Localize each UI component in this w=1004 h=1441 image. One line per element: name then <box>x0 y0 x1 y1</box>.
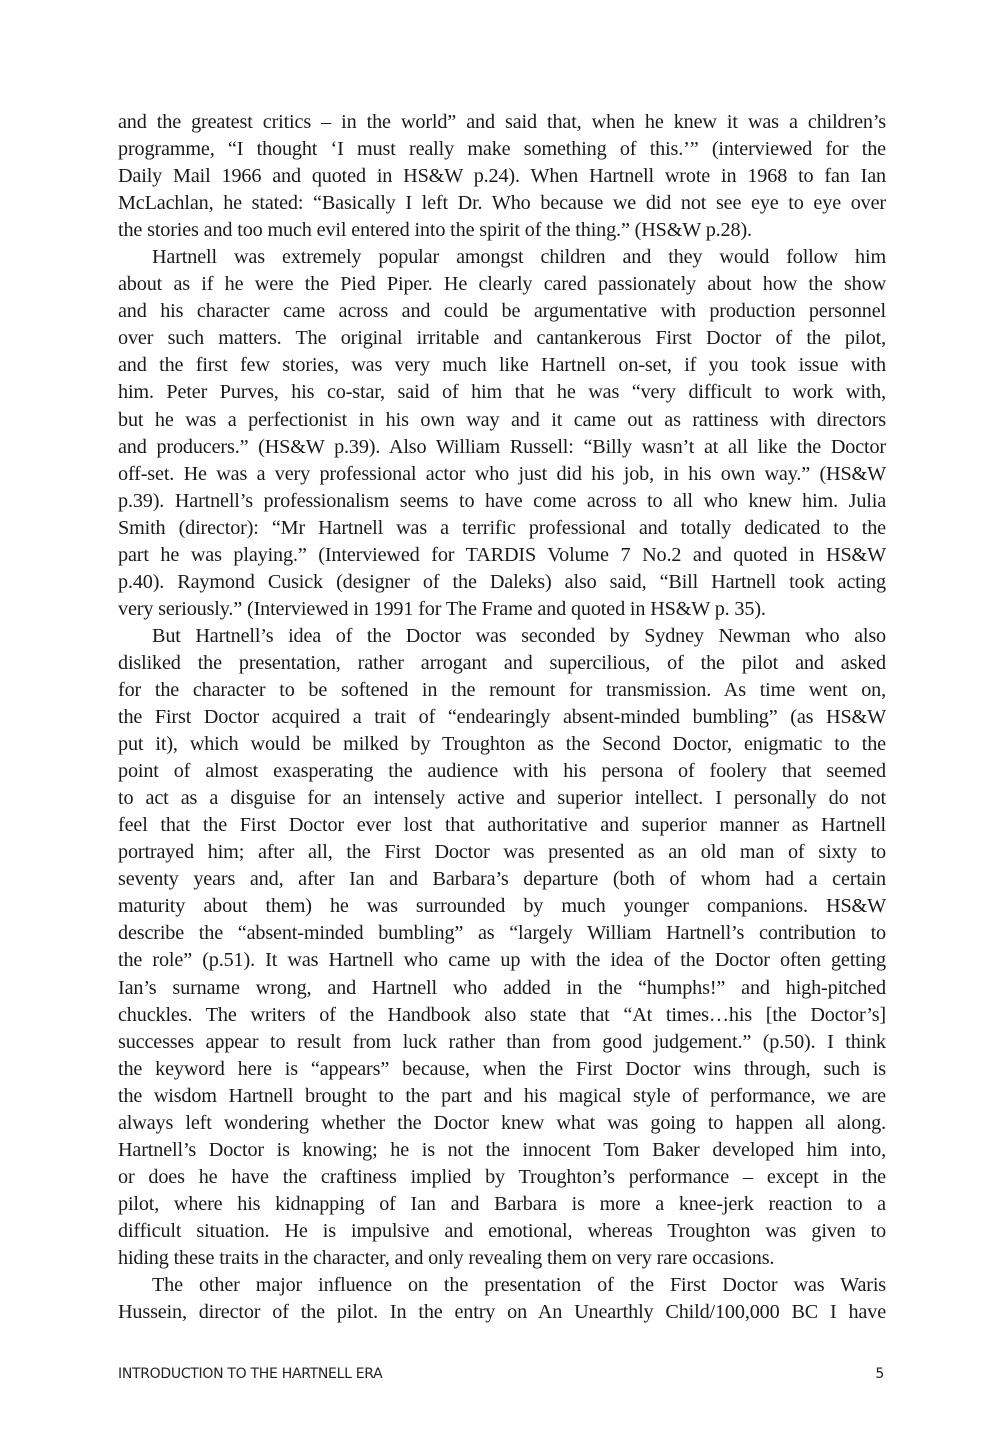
text-line: the role” (p.51). It was Hartnell who ca… <box>118 947 886 974</box>
text-line: off-set. He was a very professional acto… <box>118 461 886 488</box>
text-line: or does he have the craftiness implied b… <box>118 1164 886 1191</box>
text-line: seventy years and, after Ian and Barbara… <box>118 866 886 893</box>
text-line: about as if he were the Pied Piper. He c… <box>118 271 886 298</box>
page-number: 5 <box>875 1366 884 1382</box>
text-line: him. Peter Purves, his co-star, said of … <box>118 379 886 406</box>
text-line: point of almost exasperating the audienc… <box>118 758 886 785</box>
text-line: feel that the First Doctor ever lost tha… <box>118 812 886 839</box>
text-line: very seriously.” (Interviewed in 1991 fo… <box>118 596 886 623</box>
text-line: but he was a perfectionist in his own wa… <box>118 407 886 434</box>
paragraph: But Hartnell’s idea of the Doctor was se… <box>118 623 886 1272</box>
text-line: pilot, where his kidnapping of Ian and B… <box>118 1191 886 1218</box>
text-line: Hartnell’s Doctor is knowing; he is not … <box>118 1137 886 1164</box>
text-line: always left wondering whether the Doctor… <box>118 1110 886 1137</box>
text-line: and producers.” (HS&W p.39). Also Willia… <box>118 434 886 461</box>
text-line: for the character to be softened in the … <box>118 677 886 704</box>
text-line: difficult situation. He is impulsive and… <box>118 1218 886 1245</box>
text-line: p.39). Hartnell’s professionalism seems … <box>118 488 886 515</box>
book-page: and the greatest critics – in the world”… <box>0 0 1004 1441</box>
text-line: But Hartnell’s idea of the Doctor was se… <box>118 623 886 650</box>
text-line: and the first few stories, was very much… <box>118 352 886 379</box>
text-line: Ian’s surname wrong, and Hartnell who ad… <box>118 975 886 1002</box>
text-line: successes appear to result from luck rat… <box>118 1029 886 1056</box>
text-line: portrayed him; after all, the First Doct… <box>118 839 886 866</box>
running-head: INTRODUCTION TO THE HARTNELL ERA <box>118 1366 382 1382</box>
text-line: Smith (director): “Mr Hartnell was a ter… <box>118 515 886 542</box>
text-line: McLachlan, he stated: “Basically I left … <box>118 190 886 217</box>
text-line: Hartnell was extremely popular amongst c… <box>118 244 886 271</box>
text-line: part he was playing.” (Interviewed for T… <box>118 542 886 569</box>
text-line: to act as a disguise for an intensely ac… <box>118 785 886 812</box>
text-line: and the greatest critics – in the world”… <box>118 109 886 136</box>
text-line: hiding these traits in the character, an… <box>118 1245 886 1272</box>
paragraph: The other major influence on the present… <box>118 1272 886 1326</box>
text-line: over such matters. The original irritabl… <box>118 325 886 352</box>
text-line: the wisdom Hartnell brought to the part … <box>118 1083 886 1110</box>
text-line: the keyword here is “appears” because, w… <box>118 1056 886 1083</box>
text-line: put it), which would be milked by Trough… <box>118 731 886 758</box>
page-footer: INTRODUCTION TO THE HARTNELL ERA 5 <box>118 1366 886 1388</box>
text-line: chuckles. The writers of the Handbook al… <box>118 1002 886 1029</box>
paragraph: Hartnell was extremely popular amongst c… <box>118 244 886 623</box>
text-line: The other major influence on the present… <box>118 1272 886 1299</box>
text-line: describe the “absent-minded bumbling” as… <box>118 920 886 947</box>
text-line: Hussein, director of the pilot. In the e… <box>118 1299 886 1326</box>
text-line: Daily Mail 1966 and quoted in HS&W p.24)… <box>118 163 886 190</box>
text-line: and his character came across and could … <box>118 298 886 325</box>
text-line: maturity about them) he was surrounded b… <box>118 893 886 920</box>
body-text: and the greatest critics – in the world”… <box>118 109 886 1326</box>
text-line: p.40). Raymond Cusick (designer of the D… <box>118 569 886 596</box>
paragraph: and the greatest critics – in the world”… <box>118 109 886 244</box>
text-line: disliked the presentation, rather arroga… <box>118 650 886 677</box>
text-line: the First Doctor acquired a trait of “en… <box>118 704 886 731</box>
text-line: the stories and too much evil entered in… <box>118 217 886 244</box>
text-line: programme, “I thought ‘I must really mak… <box>118 136 886 163</box>
